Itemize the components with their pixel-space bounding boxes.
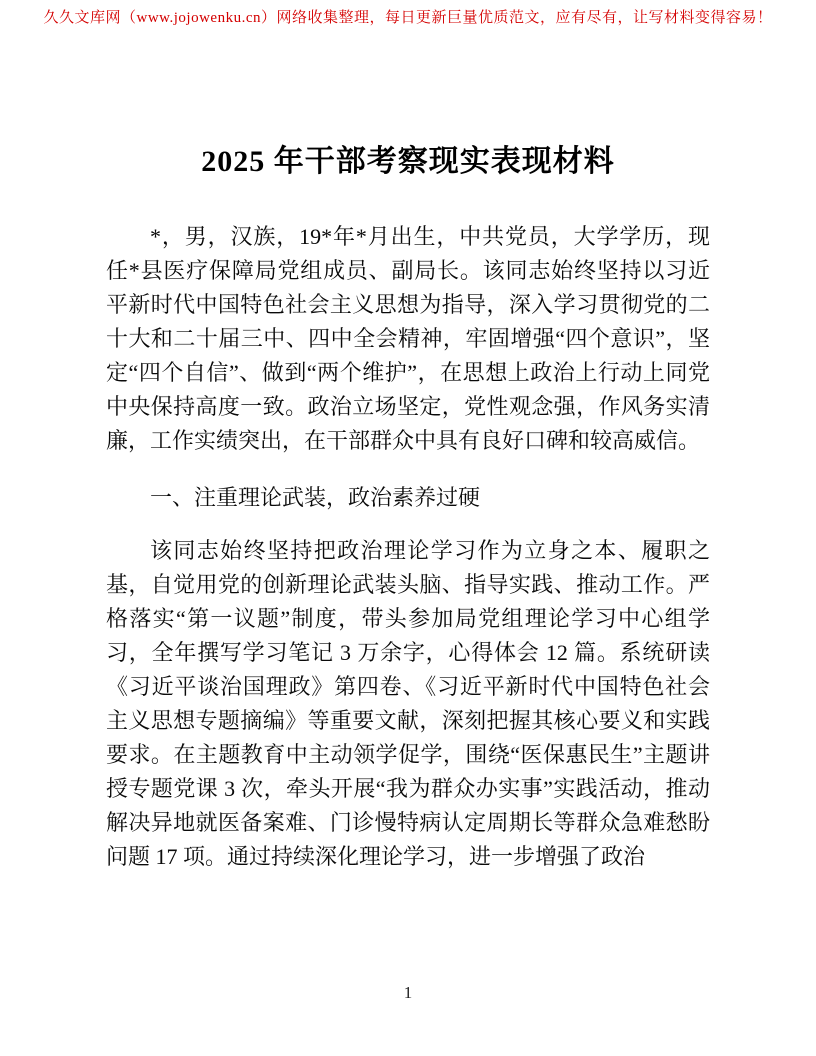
- document-page: 久久文库网（www.jojowenku.cn）网络收集整理，每日更新巨量优质范文…: [0, 0, 816, 1056]
- section-heading: 一、注重理论武装，政治素养过硬: [106, 481, 710, 515]
- section-body-paragraph: 该同志始终坚持把政治理论学习作为立身之本、履职之基，自觉用党的创新理论武装头脑、…: [106, 534, 710, 874]
- document-body: 2025 年干部考察现实表现材料 *，男，汉族，19*年*月出生，中共党员，大学…: [0, 0, 816, 874]
- site-watermark-notice: 久久文库网（www.jojowenku.cn）网络收集整理，每日更新巨量优质范文…: [0, 8, 816, 28]
- intro-paragraph: *，男，汉族，19*年*月出生，中共党员，大学学历，现任*县医疗保障局党组成员、…: [106, 220, 710, 458]
- document-title: 2025 年干部考察现实表现材料: [106, 142, 710, 182]
- page-number: 1: [0, 982, 816, 1004]
